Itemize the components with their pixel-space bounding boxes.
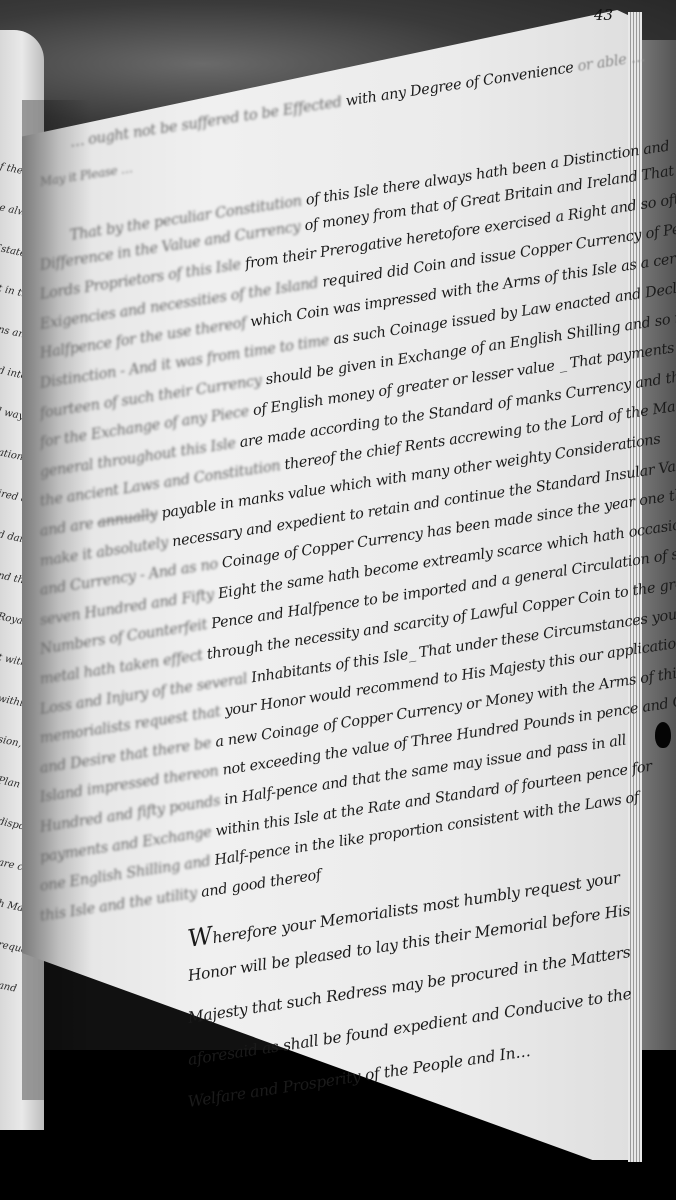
wherefore-capital: W xyxy=(186,922,214,953)
left-page-fragment: dispo xyxy=(0,816,26,832)
left-page-fragment: sion, xyxy=(0,734,23,750)
ink-blot xyxy=(655,722,671,748)
left-page-fragment: and xyxy=(0,980,18,995)
page-number: 43 xyxy=(594,6,613,24)
left-page-fragment: h Ma xyxy=(0,898,24,914)
